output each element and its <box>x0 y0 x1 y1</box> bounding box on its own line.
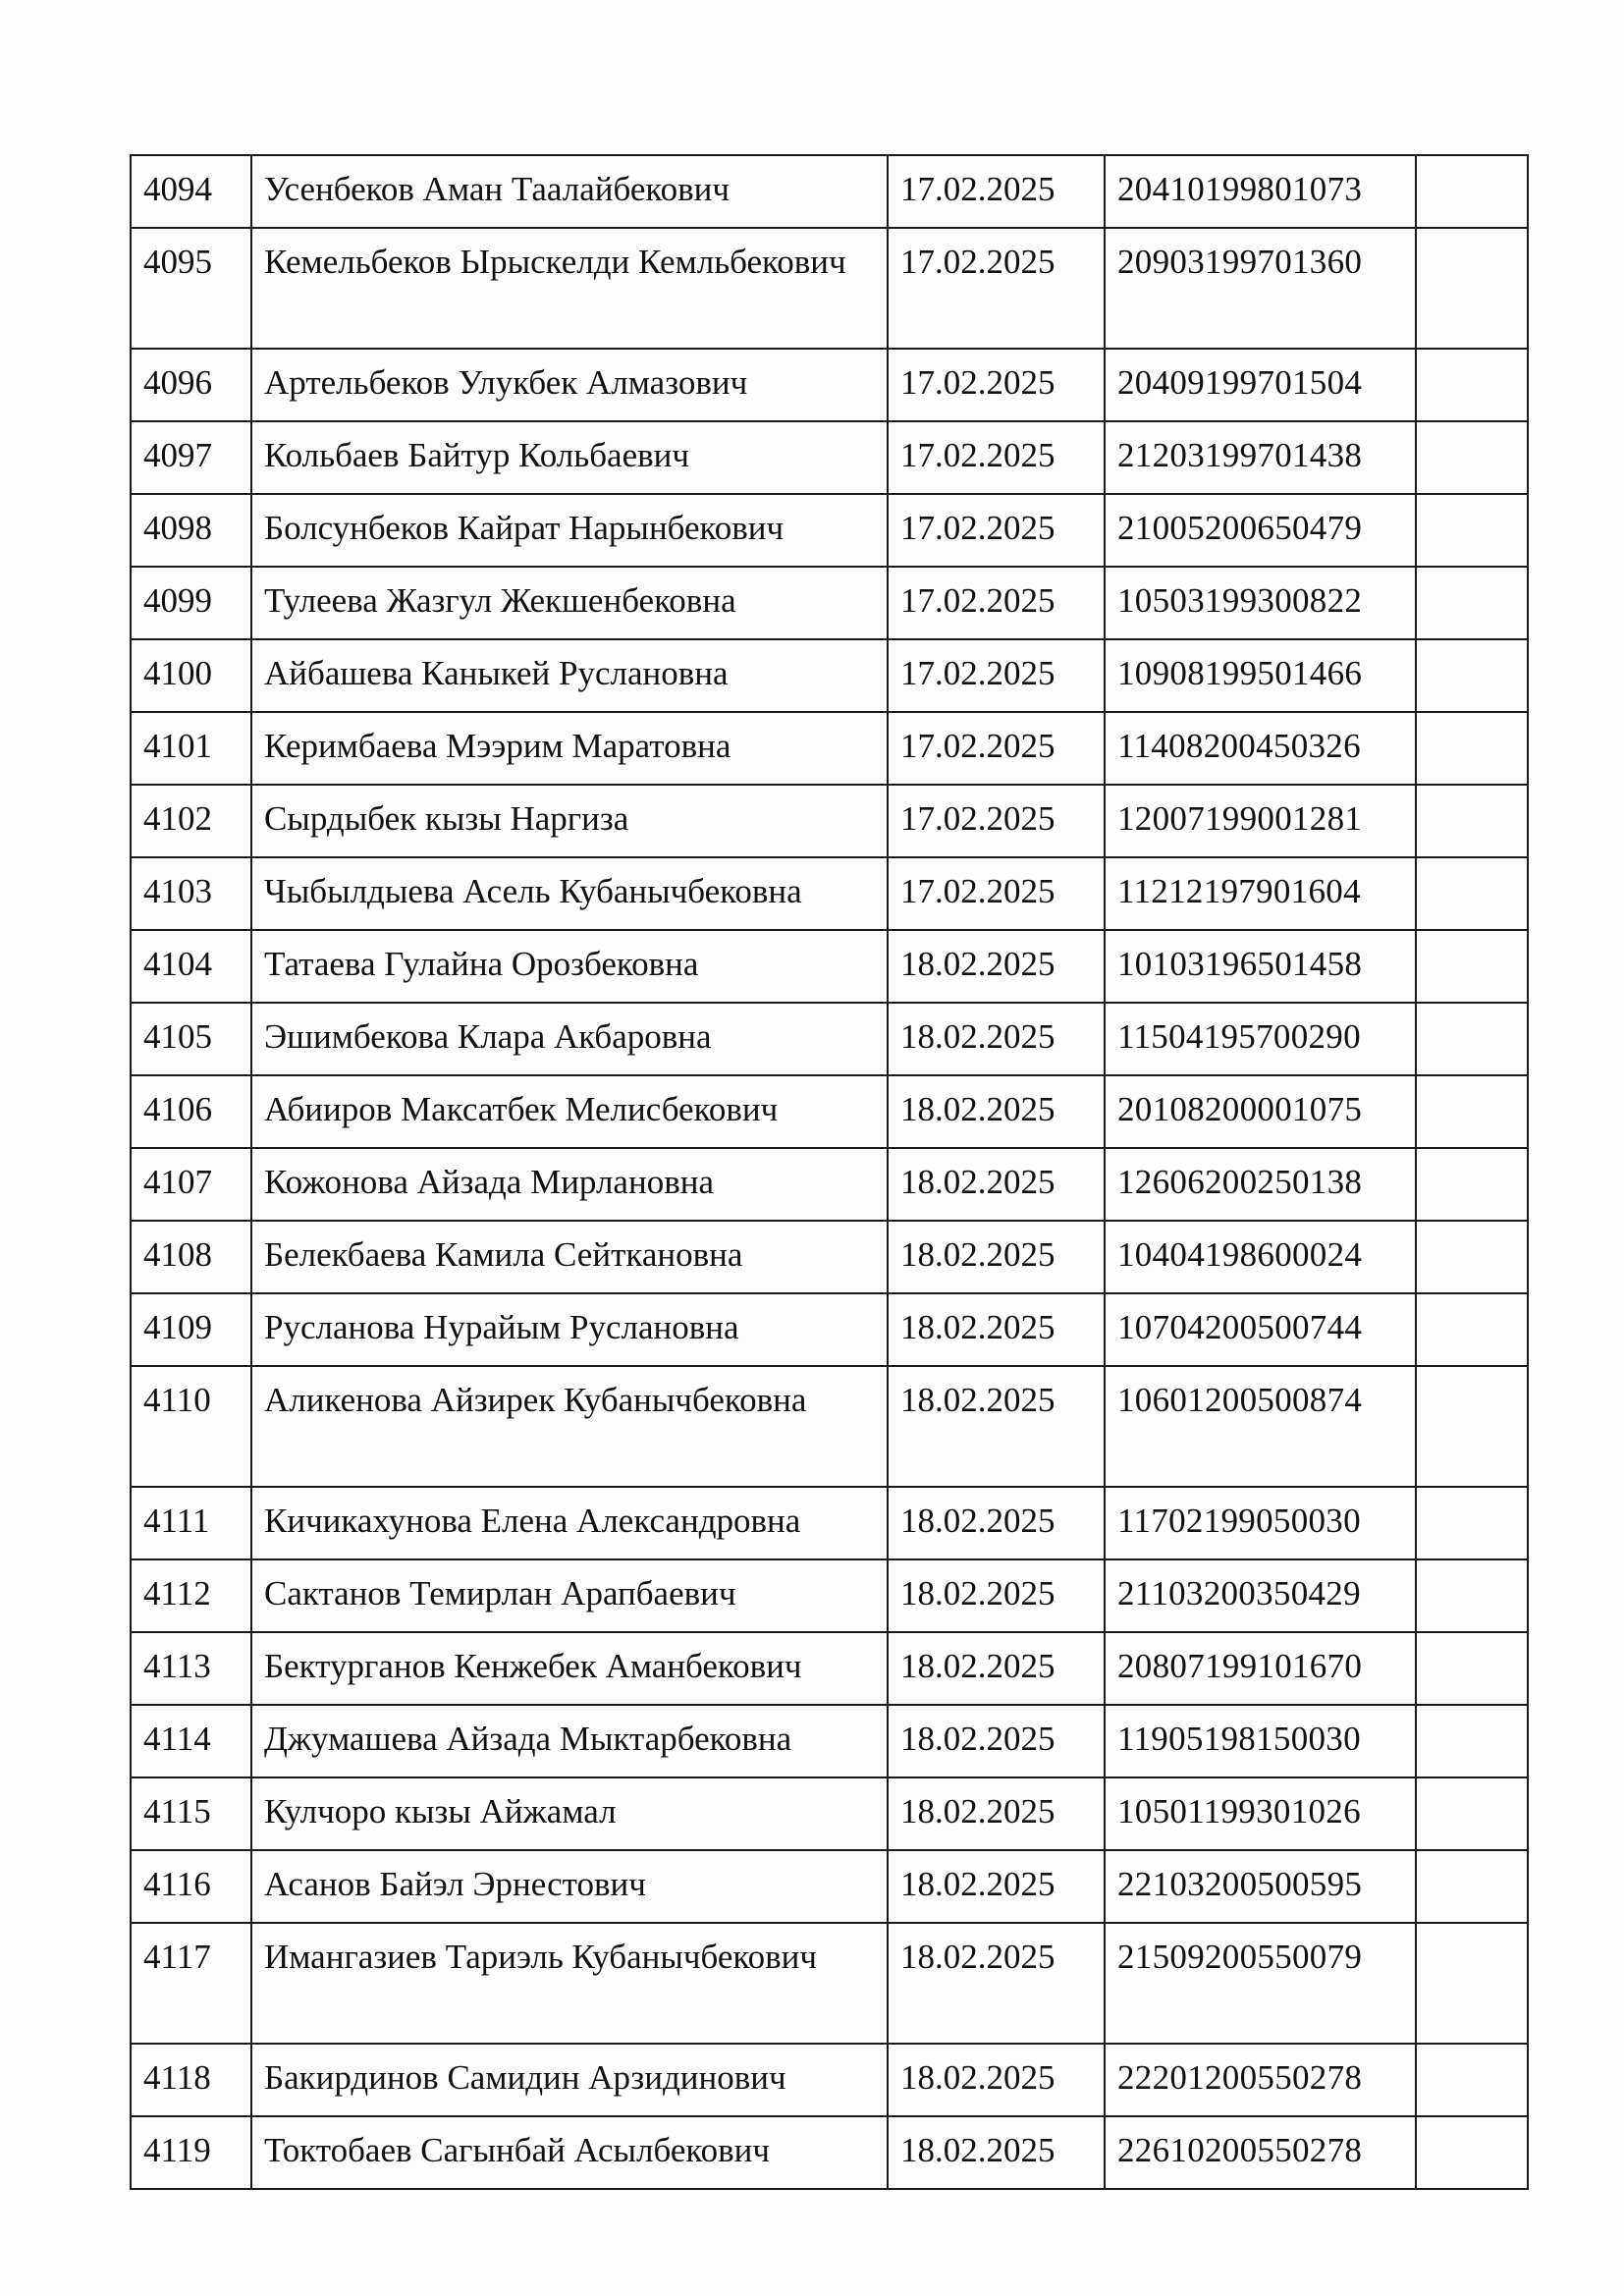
table-row: 4097Кольбаев Байтур Кольбаевич17.02.2025… <box>131 421 1528 494</box>
table-row: 4099Тулеева Жазгул Жекшенбековна17.02.20… <box>131 567 1528 639</box>
table-row: 4102Сырдыбек кызы Наргиза17.02.202512007… <box>131 785 1528 857</box>
table-row: 4115Кулчоро кызы Айжамал18.02.2025105011… <box>131 1777 1528 1850</box>
person-name: Артельбеков Улукбек Алмазович <box>251 349 888 421</box>
row-number: 4109 <box>131 1293 251 1366</box>
empty-cell <box>1416 1148 1528 1221</box>
registration-date: 18.02.2025 <box>888 1777 1105 1850</box>
person-name: Сырдыбек кызы Наргиза <box>251 785 888 857</box>
row-number: 4099 <box>131 567 251 639</box>
personal-id: 10908199501466 <box>1105 639 1416 712</box>
table-row: 4098Болсунбеков Кайрат Нарынбекович17.02… <box>131 494 1528 567</box>
person-name: Русланова Нурайым Руслановна <box>251 1293 888 1366</box>
empty-cell <box>1416 857 1528 930</box>
registration-date: 18.02.2025 <box>888 1705 1105 1777</box>
person-name: Кулчоро кызы Айжамал <box>251 1777 888 1850</box>
personal-id: 10503199300822 <box>1105 567 1416 639</box>
empty-cell <box>1416 1003 1528 1075</box>
personal-id: 11408200450326 <box>1105 712 1416 785</box>
row-number: 4114 <box>131 1705 251 1777</box>
empty-cell <box>1416 1850 1528 1923</box>
empty-cell <box>1416 421 1528 494</box>
registration-date: 18.02.2025 <box>888 1632 1105 1705</box>
person-name: Усенбеков Аман Таалайбекович <box>251 155 888 228</box>
table-row: 4095Кемельбеков Ырыскелди Кемльбекович17… <box>131 228 1528 349</box>
personal-id: 11905198150030 <box>1105 1705 1416 1777</box>
personal-id: 21203199701438 <box>1105 421 1416 494</box>
registration-date: 17.02.2025 <box>888 421 1105 494</box>
registration-date: 18.02.2025 <box>888 2044 1105 2116</box>
row-number: 4116 <box>131 1850 251 1923</box>
person-name: Кичикахунова Елена Александровна <box>251 1487 888 1559</box>
table-row: 4100Айбашева Каныкей Руслановна17.02.202… <box>131 639 1528 712</box>
empty-cell <box>1416 2044 1528 2116</box>
table-row: 4113Бектурганов Кенжебек Аманбекович18.0… <box>131 1632 1528 1705</box>
person-name: Бектурганов Кенжебек Аманбекович <box>251 1632 888 1705</box>
personal-id: 21005200650479 <box>1105 494 1416 567</box>
person-name: Татаева Гулайна Орозбековна <box>251 930 888 1003</box>
registration-date: 17.02.2025 <box>888 228 1105 349</box>
empty-cell <box>1416 155 1528 228</box>
registration-date: 18.02.2025 <box>888 930 1105 1003</box>
registration-date: 18.02.2025 <box>888 1075 1105 1148</box>
table-row: 4117Имангазиев Тариэль Кубанычбекович18.… <box>131 1923 1528 2044</box>
row-number: 4097 <box>131 421 251 494</box>
table-row: 4110Аликенова Айзирек Кубанычбековна18.0… <box>131 1366 1528 1487</box>
row-number: 4094 <box>131 155 251 228</box>
row-number: 4102 <box>131 785 251 857</box>
registration-date: 18.02.2025 <box>888 1850 1105 1923</box>
empty-cell <box>1416 930 1528 1003</box>
table-row: 4105Эшимбекова Клара Акбаровна18.02.2025… <box>131 1003 1528 1075</box>
table-row: 4118Бакирдинов Самидин Арзидинович18.02.… <box>131 2044 1528 2116</box>
person-name: Эшимбекова Клара Акбаровна <box>251 1003 888 1075</box>
personal-id: 10404198600024 <box>1105 1221 1416 1293</box>
empty-cell <box>1416 639 1528 712</box>
row-number: 4098 <box>131 494 251 567</box>
personal-id: 11702199050030 <box>1105 1487 1416 1559</box>
row-number: 4103 <box>131 857 251 930</box>
row-number: 4105 <box>131 1003 251 1075</box>
person-name: Болсунбеков Кайрат Нарынбекович <box>251 494 888 567</box>
personal-id: 10501199301026 <box>1105 1777 1416 1850</box>
empty-cell <box>1416 1075 1528 1148</box>
person-name: Айбашева Каныкей Руслановна <box>251 639 888 712</box>
row-number: 4107 <box>131 1148 251 1221</box>
personal-id: 20807199101670 <box>1105 1632 1416 1705</box>
table-row: 4114Джумашева Айзада Мыктарбековна18.02.… <box>131 1705 1528 1777</box>
registration-date: 18.02.2025 <box>888 1221 1105 1293</box>
personal-id: 11504195700290 <box>1105 1003 1416 1075</box>
registration-date: 17.02.2025 <box>888 639 1105 712</box>
table-row: 4109Русланова Нурайым Руслановна18.02.20… <box>131 1293 1528 1366</box>
registration-date: 18.02.2025 <box>888 1148 1105 1221</box>
row-number: 4101 <box>131 712 251 785</box>
personal-id: 20108200001075 <box>1105 1075 1416 1148</box>
registration-date: 18.02.2025 <box>888 1487 1105 1559</box>
empty-cell <box>1416 1559 1528 1632</box>
person-name: Керимбаева Мээрим Маратовна <box>251 712 888 785</box>
personal-id: 11212197901604 <box>1105 857 1416 930</box>
row-number: 4110 <box>131 1366 251 1487</box>
row-number: 4119 <box>131 2116 251 2189</box>
personal-id: 20903199701360 <box>1105 228 1416 349</box>
personal-id: 20409199701504 <box>1105 349 1416 421</box>
row-number: 4095 <box>131 228 251 349</box>
personal-id: 22610200550278 <box>1105 2116 1416 2189</box>
person-name: Токтобаев Сагынбай Асылбекович <box>251 2116 888 2189</box>
person-name: Кемельбеков Ырыскелди Кемльбекович <box>251 228 888 349</box>
empty-cell <box>1416 349 1528 421</box>
empty-cell <box>1416 2116 1528 2189</box>
registration-date: 18.02.2025 <box>888 1559 1105 1632</box>
registration-date: 18.02.2025 <box>888 2116 1105 2189</box>
row-number: 4113 <box>131 1632 251 1705</box>
personal-id: 10103196501458 <box>1105 930 1416 1003</box>
person-name: Кожонова Айзада Мирлановна <box>251 1148 888 1221</box>
registration-date: 18.02.2025 <box>888 1293 1105 1366</box>
table-row: 4101Керимбаева Мээрим Маратовна17.02.202… <box>131 712 1528 785</box>
empty-cell <box>1416 1705 1528 1777</box>
document-page: 4094Усенбеков Аман Таалайбекович17.02.20… <box>0 0 1624 2296</box>
registration-date: 17.02.2025 <box>888 155 1105 228</box>
registration-date: 17.02.2025 <box>888 712 1105 785</box>
row-number: 4111 <box>131 1487 251 1559</box>
table-row: 4108Белекбаева Камила Сейткановна18.02.2… <box>131 1221 1528 1293</box>
registration-date: 17.02.2025 <box>888 785 1105 857</box>
registration-date: 17.02.2025 <box>888 567 1105 639</box>
empty-cell <box>1416 494 1528 567</box>
personal-id: 10601200500874 <box>1105 1366 1416 1487</box>
registration-date: 18.02.2025 <box>888 1366 1105 1487</box>
table-row: 4104Татаева Гулайна Орозбековна18.02.202… <box>131 930 1528 1003</box>
row-number: 4108 <box>131 1221 251 1293</box>
empty-cell <box>1416 1487 1528 1559</box>
empty-cell <box>1416 1221 1528 1293</box>
person-name: Белекбаева Камила Сейткановна <box>251 1221 888 1293</box>
empty-cell <box>1416 228 1528 349</box>
personal-id: 21103200350429 <box>1105 1559 1416 1632</box>
empty-cell <box>1416 712 1528 785</box>
personal-id: 10704200500744 <box>1105 1293 1416 1366</box>
empty-cell <box>1416 1293 1528 1366</box>
empty-cell <box>1416 567 1528 639</box>
table-row: 4094Усенбеков Аман Таалайбекович17.02.20… <box>131 155 1528 228</box>
person-name: Бакирдинов Самидин Арзидинович <box>251 2044 888 2116</box>
personal-id: 12606200250138 <box>1105 1148 1416 1221</box>
table-row: 4107Кожонова Айзада Мирлановна18.02.2025… <box>131 1148 1528 1221</box>
registration-date: 17.02.2025 <box>888 857 1105 930</box>
row-number: 4118 <box>131 2044 251 2116</box>
registration-date: 18.02.2025 <box>888 1003 1105 1075</box>
row-number: 4106 <box>131 1075 251 1148</box>
registration-date: 17.02.2025 <box>888 494 1105 567</box>
empty-cell <box>1416 1632 1528 1705</box>
registration-date: 17.02.2025 <box>888 349 1105 421</box>
table-row: 4119Токтобаев Сагынбай Асылбекович18.02.… <box>131 2116 1528 2189</box>
row-number: 4115 <box>131 1777 251 1850</box>
person-name: Чыбылдыева Асель Кубанычбековна <box>251 857 888 930</box>
table-row: 4103Чыбылдыева Асель Кубанычбековна17.02… <box>131 857 1528 930</box>
table-row: 4111Кичикахунова Елена Александровна18.0… <box>131 1487 1528 1559</box>
empty-cell <box>1416 785 1528 857</box>
row-number: 4117 <box>131 1923 251 2044</box>
personal-id: 21509200550079 <box>1105 1923 1416 2044</box>
table-row: 4096Артельбеков Улукбек Алмазович17.02.2… <box>131 349 1528 421</box>
row-number: 4112 <box>131 1559 251 1632</box>
table-row: 4112Сактанов Темирлан Арапбаевич18.02.20… <box>131 1559 1528 1632</box>
roster-table: 4094Усенбеков Аман Таалайбекович17.02.20… <box>130 154 1529 2190</box>
person-name: Абииров Максатбек Мелисбекович <box>251 1075 888 1148</box>
row-number: 4100 <box>131 639 251 712</box>
personal-id: 22103200500595 <box>1105 1850 1416 1923</box>
personal-id: 22201200550278 <box>1105 2044 1416 2116</box>
person-name: Аликенова Айзирек Кубанычбековна <box>251 1366 888 1487</box>
person-name: Джумашева Айзада Мыктарбековна <box>251 1705 888 1777</box>
empty-cell <box>1416 1923 1528 2044</box>
person-name: Асанов Байэл Эрнестович <box>251 1850 888 1923</box>
registration-date: 18.02.2025 <box>888 1923 1105 2044</box>
empty-cell <box>1416 1777 1528 1850</box>
person-name: Тулеева Жазгул Жекшенбековна <box>251 567 888 639</box>
empty-cell <box>1416 1366 1528 1487</box>
person-name: Кольбаев Байтур Кольбаевич <box>251 421 888 494</box>
person-name: Имангазиев Тариэль Кубанычбекович <box>251 1923 888 2044</box>
roster-body: 4094Усенбеков Аман Таалайбекович17.02.20… <box>131 155 1528 2189</box>
personal-id: 12007199001281 <box>1105 785 1416 857</box>
table-row: 4106Абииров Максатбек Мелисбекович18.02.… <box>131 1075 1528 1148</box>
table-row: 4116Асанов Байэл Эрнестович18.02.2025221… <box>131 1850 1528 1923</box>
row-number: 4104 <box>131 930 251 1003</box>
personal-id: 20410199801073 <box>1105 155 1416 228</box>
row-number: 4096 <box>131 349 251 421</box>
person-name: Сактанов Темирлан Арапбаевич <box>251 1559 888 1632</box>
